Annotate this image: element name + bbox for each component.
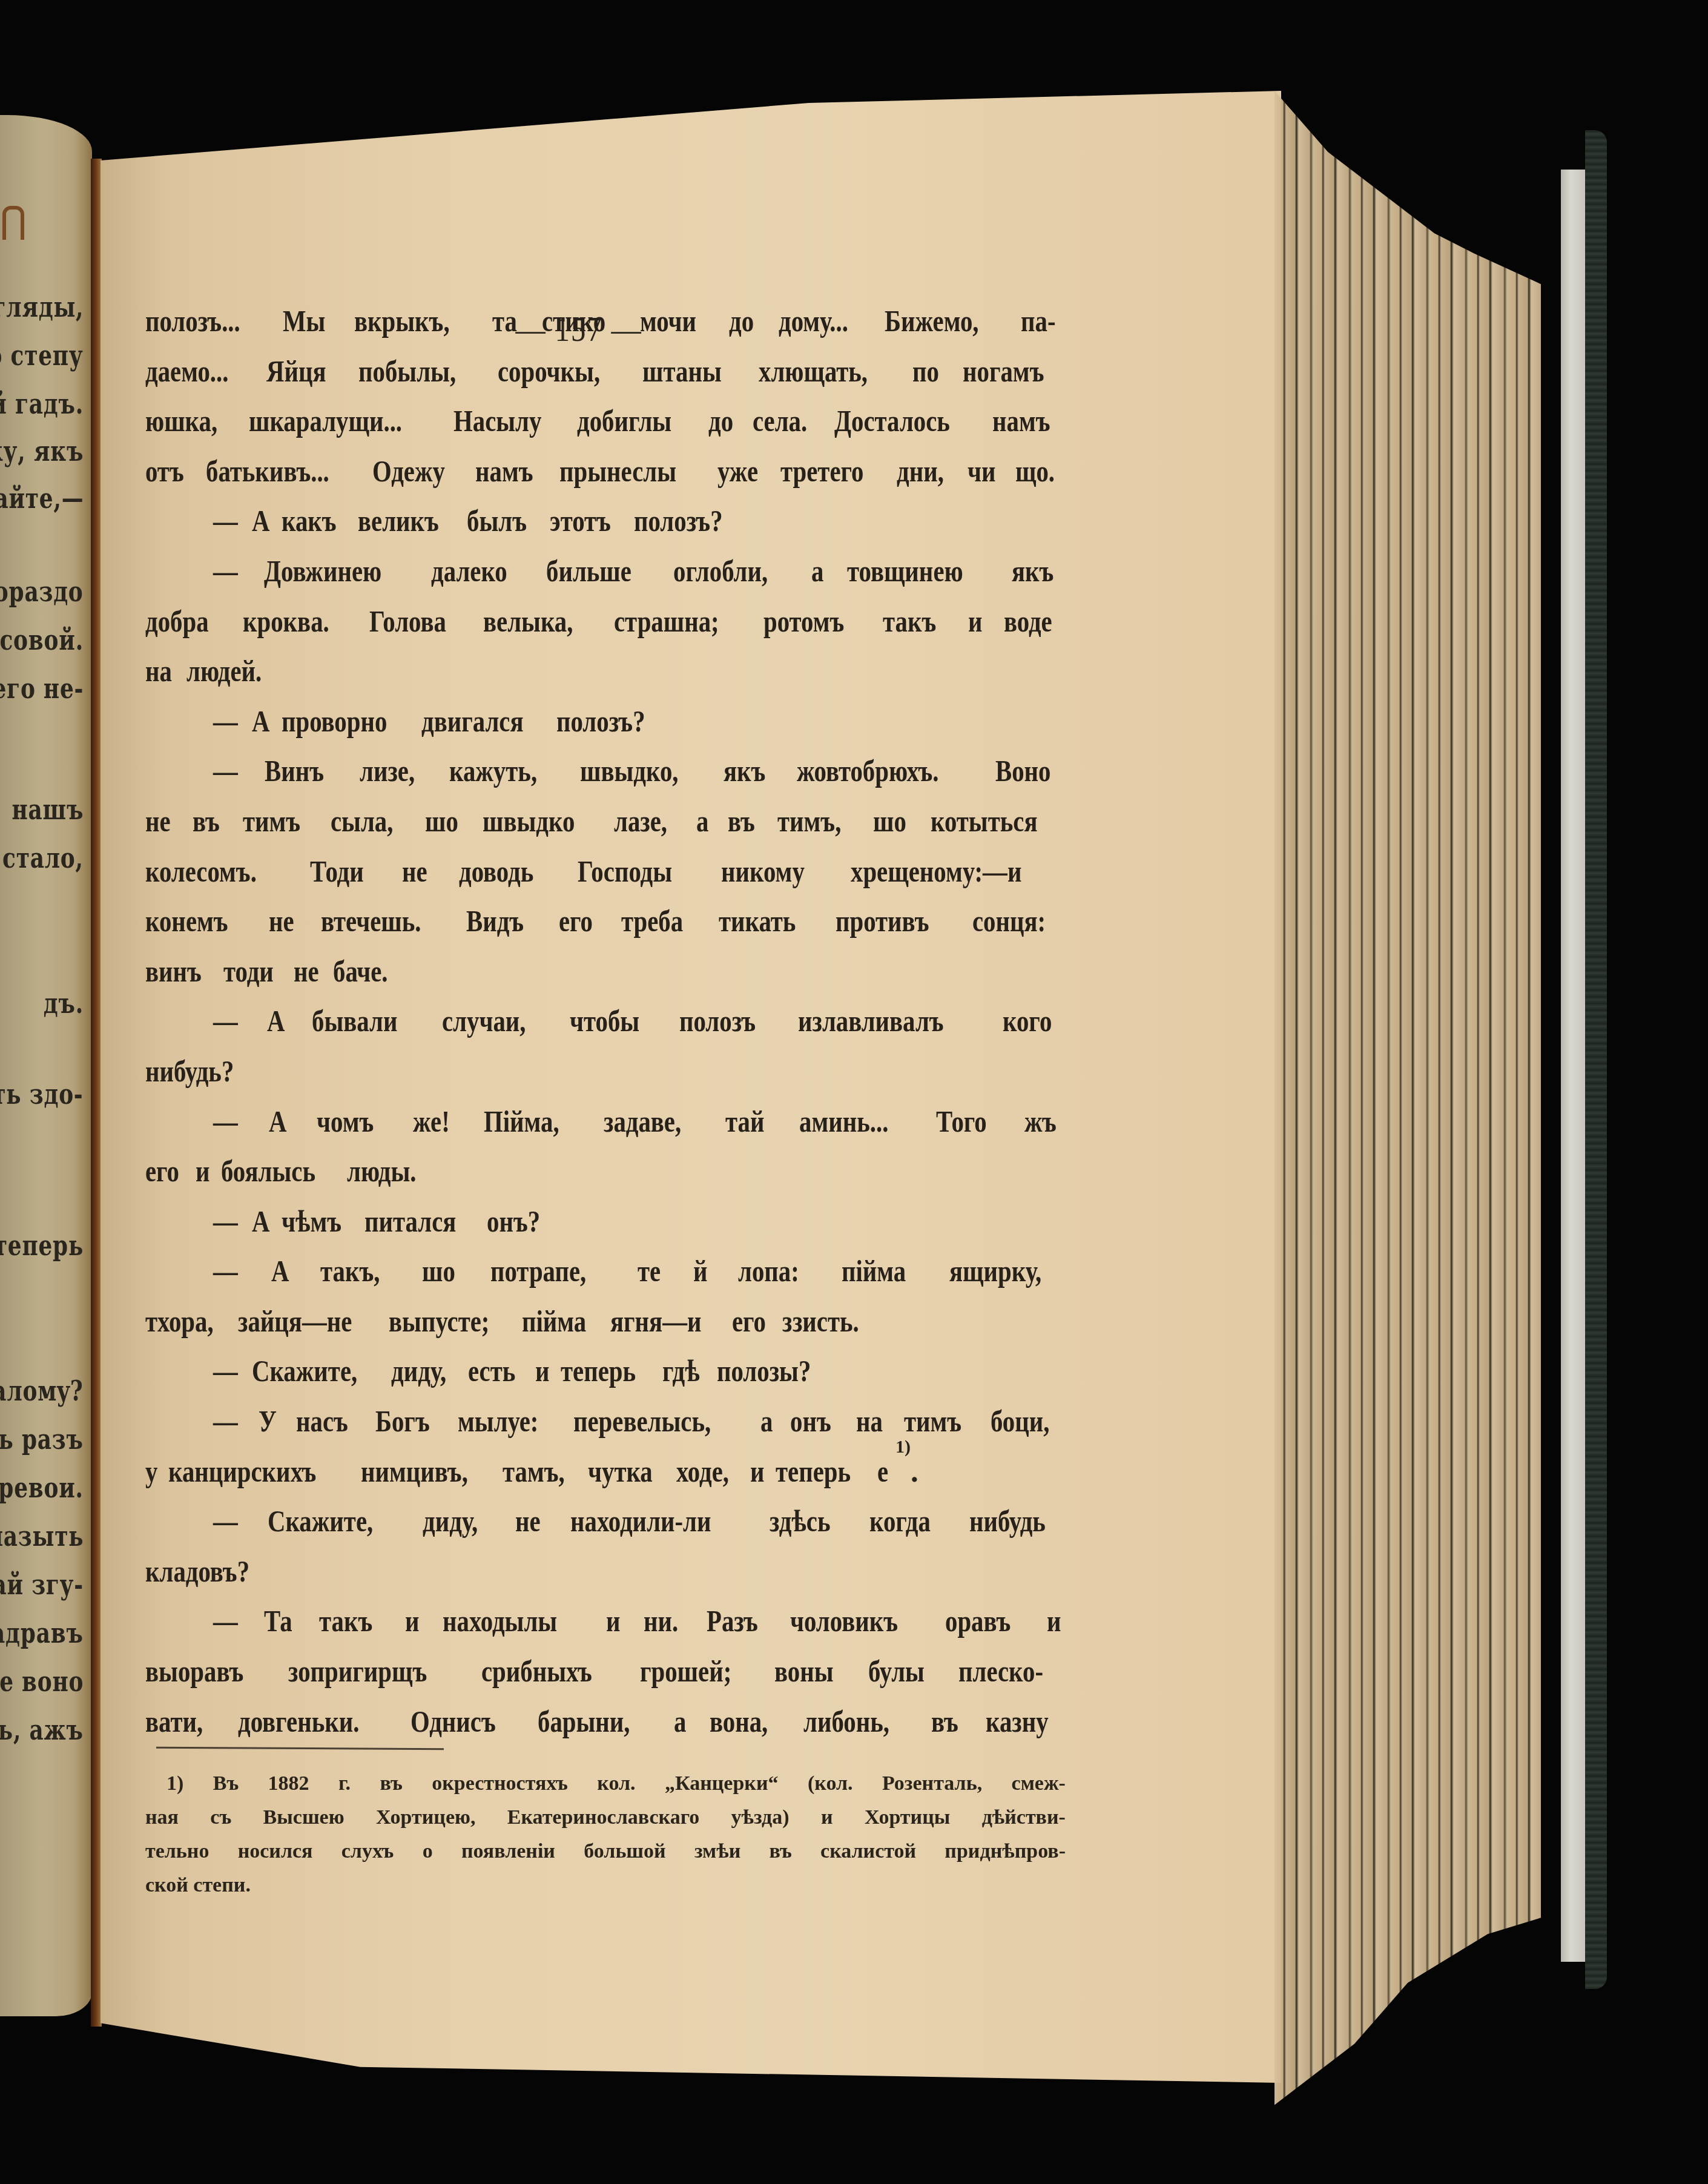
page-body-text: полозъ...Мывкрыкъ,тастикомочидодому...Би… <box>145 297 1064 1747</box>
text-line: даемо...Яйцяпобылы,сорочкы,штаныхлющать,… <box>145 347 1064 397</box>
footnote-reference: 1) <box>891 1447 911 1497</box>
text-line: — А проворно двигался полозъ? <box>145 697 1064 747</box>
bookmark-ribbon-icon <box>2 206 24 240</box>
left-page-line: е стало, <box>0 842 84 874</box>
page-edge-stack <box>1274 91 1541 2125</box>
left-page-line: ть здо- <box>0 1078 84 1110</box>
footnote-line: 1)Въ1882г.въокрестностяхъкол.„Канцерки“(… <box>145 1767 1066 1801</box>
text-line: полозъ...Мывкрыкъ,тастикомочидодому...Би… <box>145 297 1064 347</box>
left-page-line: теперь <box>0 1229 84 1262</box>
text-line: невътимъсыла,шошвыдколазе,авътимъ,шокоты… <box>145 797 1064 847</box>
text-line: —Атакъ,шопотрапе,тейлопа:пiймаящирку, <box>145 1247 1064 1297</box>
text-line: отъбатькивъ...Одежунамъпрынеслыужетретег… <box>145 447 1064 497</box>
left-page-line: е воно <box>0 1665 84 1698</box>
left-page-line: его не- <box>0 672 84 705</box>
book-scan: гляды,о степуй гадъ.ку, якънайте,—горазд… <box>0 0 1708 2184</box>
left-page-line: дъ. <box>44 987 84 1020</box>
left-page-line: нашъ <box>12 793 84 826</box>
text-line: юшка,шкаралущи...Насылудобиглыдосела.Дос… <box>145 397 1064 447</box>
book-cover-board <box>1585 130 1607 1989</box>
footnote-block: 1)Въ1882г.въокрестностяхъкол.„Канцерки“(… <box>145 1767 1066 1902</box>
text-line: на людей. <box>145 647 1064 697</box>
text-line: — Скажите, диду, есть и теперь гдѣ полоз… <box>145 1347 1064 1397</box>
text-line: конемъневтечешь.Видъеготребатикатьпротив… <box>145 897 1064 947</box>
left-page-line: ку, якъ <box>0 435 84 467</box>
text-line: —Скажите,диду,ненаходили-лиздѣськогданиб… <box>145 1497 1064 1547</box>
endpaper-edge <box>1561 170 1585 1962</box>
left-page-line: лазыть <box>0 1520 84 1552</box>
book-gutter <box>91 159 102 2027</box>
text-line: — А чѣмъ питался онъ? <box>145 1197 1064 1247</box>
text-line: нибудь? <box>145 1047 1064 1097</box>
left-page-line: гляды, <box>0 291 84 323</box>
text-line: тхора, зайця—не выпусте; пiйма ягня—и ег… <box>145 1297 1064 1347</box>
left-page-line: усовой. <box>0 624 84 656</box>
left-page-line: гораздо <box>0 575 84 608</box>
text-line: добракроква.Головавелыка,страшна;ротомът… <box>145 597 1064 647</box>
text-line: — А какъ великъ былъ этотъ полозъ? <box>145 497 1064 547</box>
text-line: —Ачомъже!Пiйма,задаве,тайаминь...Тогожъ <box>145 1097 1064 1147</box>
left-page-line: й гадъ. <box>0 388 84 420</box>
text-line: у канцирскихъ нимцивъ, тамъ, чутка ходе,… <box>145 1447 1064 1497</box>
text-line: винъ тоди не баче. <box>145 947 1064 997</box>
text-line: колесомъ.ТодинедоводьГосподыникомухрещен… <box>145 847 1064 897</box>
left-page-line: найте,— <box>0 482 84 515</box>
left-page-line: адравъ <box>0 1617 84 1649</box>
text-line: —УнасъБогъмылуе:перевелысь,аонънатимъбоц… <box>145 1397 1064 1447</box>
footnote-line: наясъВысшеюХортицею,Екатеринославскагоуѣ… <box>145 1801 1066 1835</box>
left-page-line: ь, ажъ <box>0 1714 84 1746</box>
text-line: —Татакъинаходылыини.Разъчоловикъоравъи <box>145 1597 1064 1647</box>
left-page-line: ь разъ <box>0 1423 84 1456</box>
text-line: его и боялысь люды. <box>145 1147 1064 1197</box>
footnote-line: ской степи. <box>145 1869 1066 1902</box>
text-line: —Абывалислучаи,чтобыполозъизлавливалъког… <box>145 997 1064 1047</box>
footnote-line: тельноносилсяслухъопоявленiибольшойзмѣив… <box>145 1835 1066 1869</box>
left-page-line: аломy? <box>0 1374 84 1407</box>
text-line: выоравъзопригирщъсрибныхъгрошей;воныбулы… <box>145 1647 1064 1697</box>
left-page-line: о степу <box>0 339 84 372</box>
text-line: кладовъ? <box>145 1547 1064 1597</box>
text-line: вати,довгеньки.Однисъбарыни,авона,либонь… <box>145 1697 1064 1747</box>
left-page-line: ай згу- <box>0 1568 84 1601</box>
left-page-strip: гляды,о степуй гадъ.ку, якънайте,—горазд… <box>0 115 92 2016</box>
left-page-line: древои. <box>0 1471 84 1504</box>
text-line: —Винълизе,кажуть,швыдко,якъжовтобрюхъ.Во… <box>145 747 1064 797</box>
text-line: —Довжинеюдалекобильшеоглобли,атовщинеюяк… <box>145 547 1064 597</box>
